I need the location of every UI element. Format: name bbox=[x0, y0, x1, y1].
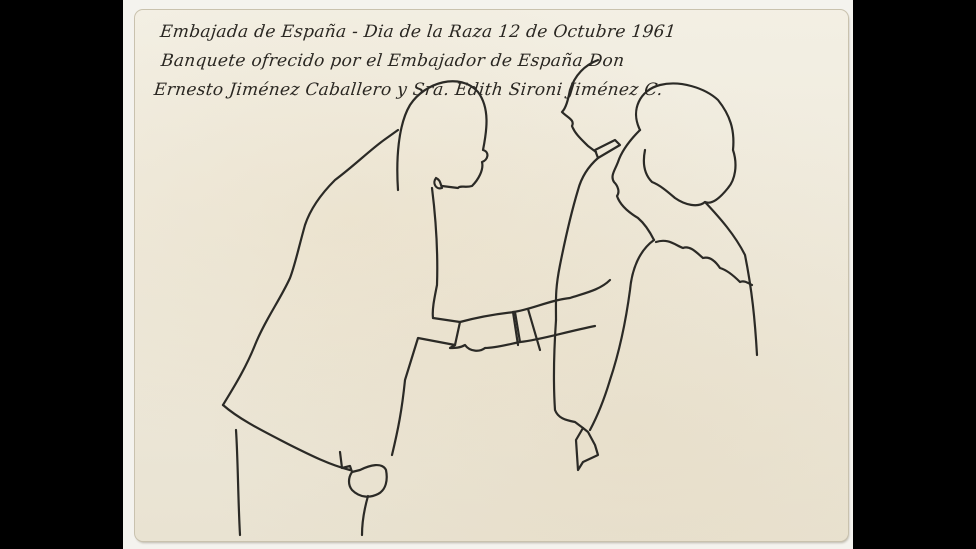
bowing-man-figure bbox=[223, 81, 520, 535]
drawing-card: Embajada de España - Dia de la Raza 12 d… bbox=[135, 10, 848, 541]
standing-man-figure bbox=[554, 60, 620, 470]
woman-figure bbox=[513, 83, 757, 430]
line-drawing bbox=[135, 10, 848, 541]
